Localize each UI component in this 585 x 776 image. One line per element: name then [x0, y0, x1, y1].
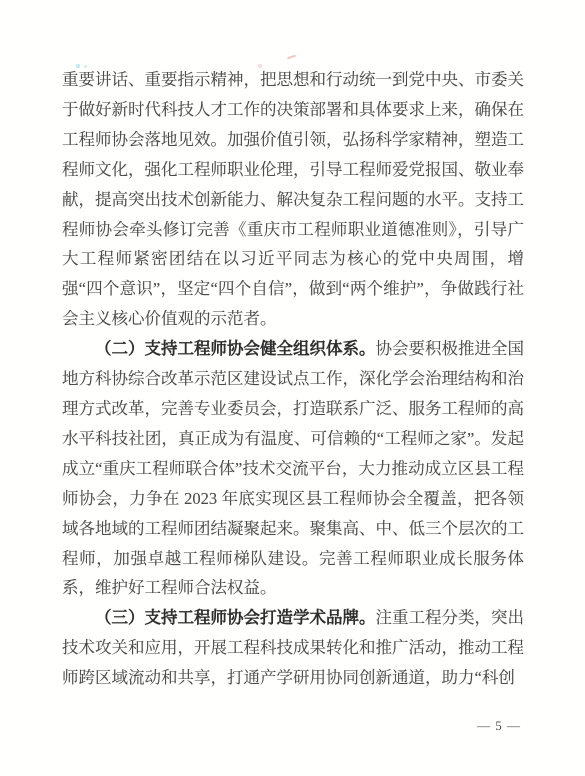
paragraph-section-3: （三）支持工程师协会打造学术品牌。注重工程分类，突出技术攻关和应用，开展工程科技…: [62, 603, 524, 693]
paragraph-section-2: （二）支持工程师协会健全组织体系。协会要积极推进全国地方科协综合改革示范区建设试…: [62, 334, 524, 603]
scan-artifact-speck: [287, 55, 296, 60]
paragraph-text: 协会要积极推进全国地方科协综合改革示范区建设试点工作，深化学会治理结构和治理方式…: [62, 339, 524, 597]
paragraph-text: 重要讲话、重要指示精神，把思想和行动统一到党中央、市委关于做好新时代科技人才工作…: [62, 70, 524, 328]
document-body: 重要讲话、重要指示精神，把思想和行动统一到党中央、市委关于做好新时代科技人才工作…: [62, 65, 524, 693]
paragraph-continuation: 重要讲话、重要指示精神，把思想和行动统一到党中央、市委关于做好新时代科技人才工作…: [62, 65, 524, 334]
section-heading: （三）支持工程师协会打造学术品牌。: [95, 608, 376, 627]
scanned-document-page: 重要讲话、重要指示精神，把思想和行动统一到党中央、市委关于做好新时代科技人才工作…: [0, 0, 585, 776]
page-number: — 5 —: [477, 718, 521, 734]
section-heading: （二）支持工程师协会健全组织体系。: [95, 339, 376, 358]
